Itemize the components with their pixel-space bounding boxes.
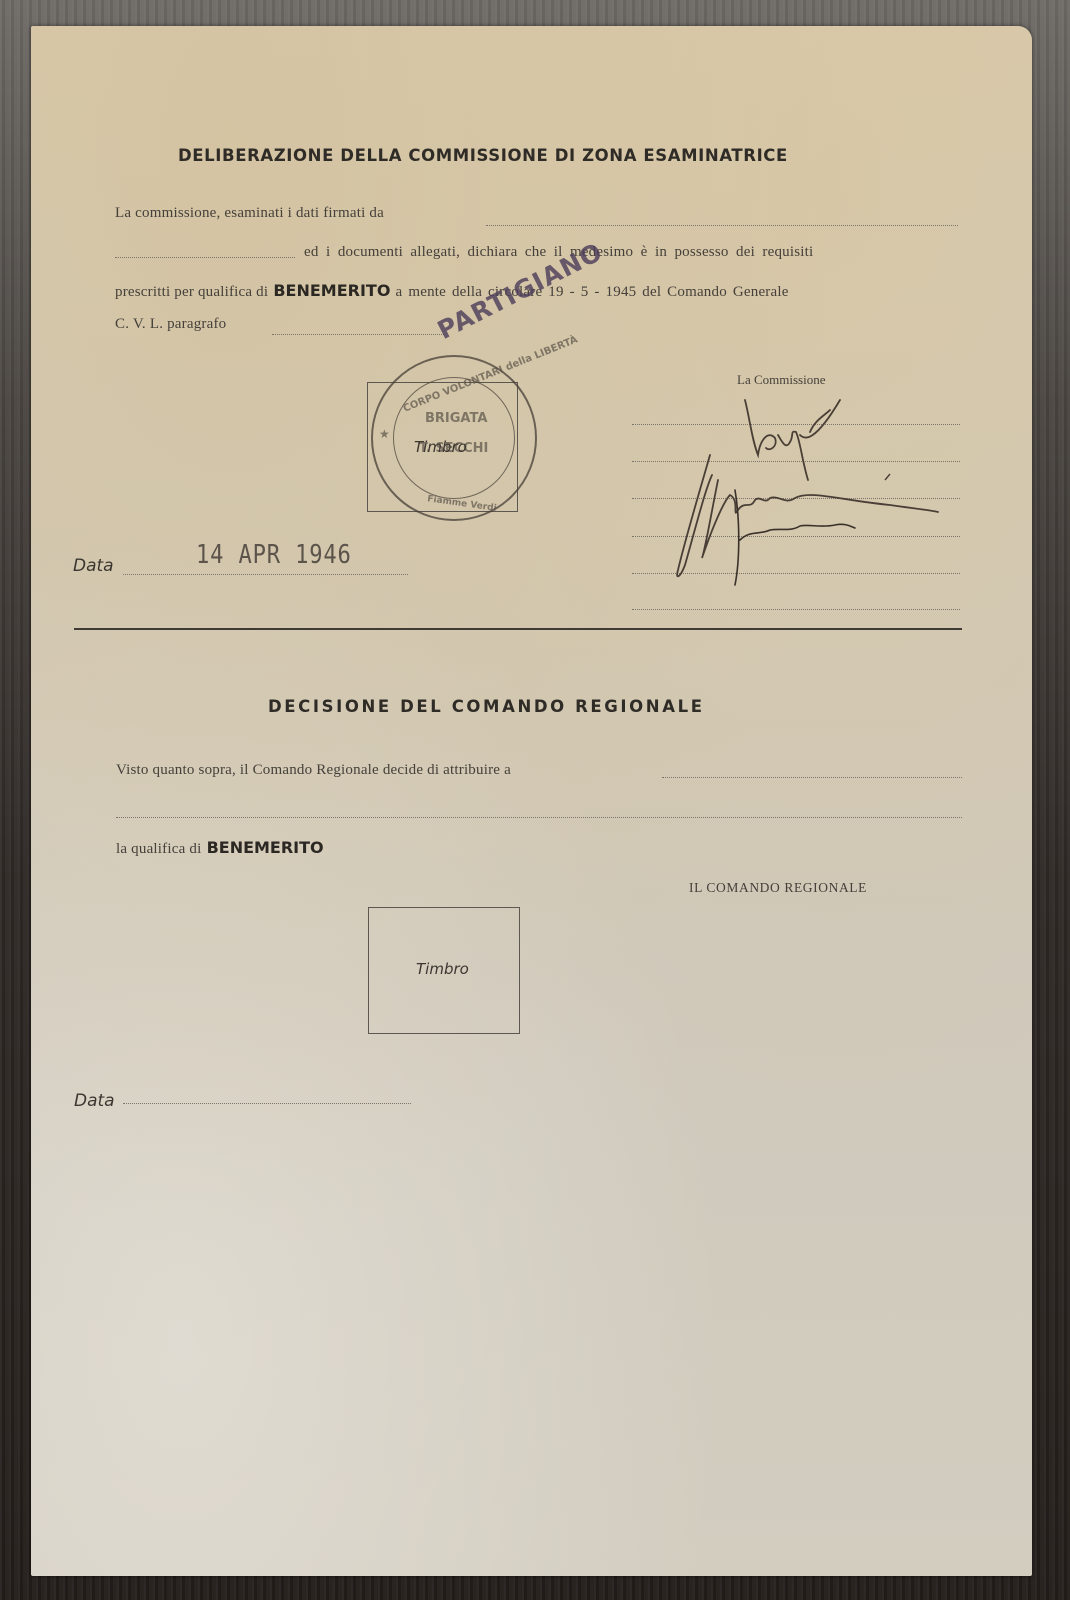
section1-line4: C. V. L. paragrafo <box>115 316 226 333</box>
section1-title: DELIBERAZIONE DELLA COMMISSIONE DI ZONA … <box>178 146 788 165</box>
signature-line-6[interactable] <box>632 609 960 610</box>
line3-suffix: a mente della circolare 19 - 5 - 1945 de… <box>396 284 789 300</box>
date-field-2[interactable] <box>123 1103 411 1104</box>
line3-prefix-2: la qualifica di <box>116 841 201 857</box>
signed-by-field[interactable] <box>486 225 958 226</box>
date-label-2: Data <box>74 1091 115 1111</box>
handwritten-signatures-icon <box>640 380 960 600</box>
date-label-1: Data <box>73 556 114 576</box>
name-field[interactable] <box>115 257 295 258</box>
date-field-1[interactable] <box>123 574 408 575</box>
qualification-benemerito: BENEMERITO <box>273 281 390 300</box>
star-icon: ★ <box>379 427 390 441</box>
qualification-benemerito-2: BENEMERITO <box>207 838 324 857</box>
section2-title: DECISIONE DEL COMANDO REGIONALE <box>268 697 705 716</box>
section2-line3: la qualifica di BENEMERITO <box>116 838 324 858</box>
paragraph-field[interactable] <box>272 334 444 335</box>
assignee-field-continued[interactable] <box>116 817 962 818</box>
section1-line1: La commissione, esaminati i dati firmati… <box>115 205 384 222</box>
date-stamp-value: 14 APR 1946 <box>196 540 352 570</box>
round-stamp-center-line1: BRIGATA <box>425 411 487 426</box>
section2-line1: Visto quanto sopra, il Comando Regionale… <box>116 762 511 779</box>
section1-line3: prescritti per qualifica di BENEMERITO a… <box>115 281 789 301</box>
assignee-field[interactable] <box>662 777 962 778</box>
regional-command-label: IL COMANDO REGIONALE <box>689 880 867 896</box>
stamp-box-1-label: Timbro <box>414 438 467 456</box>
line3-prefix: prescritti per qualifica di <box>115 284 268 300</box>
stamp-box-2-label: Timbro <box>416 960 469 978</box>
section-divider <box>74 628 962 630</box>
